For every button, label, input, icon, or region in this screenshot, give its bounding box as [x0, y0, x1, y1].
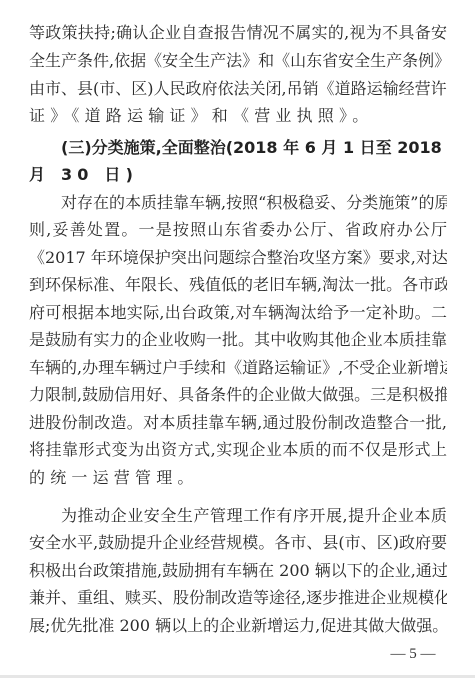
text-line: 将挂靠形式变为出资方式,实现企业本质的而不仅是形式上	[29, 438, 447, 462]
text-line: 进股份制改造。对本质挂靠车辆,通过股份制改造整合一批,	[29, 411, 447, 435]
text-line: 对存在的本质挂靠车辆,按照“积极稳妥、分类施策”的原	[61, 191, 447, 215]
page-number: — 5 —	[385, 643, 441, 665]
text-line: 是鼓励有实力的企业收购一批。其中收购其他企业本质挂靠	[29, 328, 447, 352]
text-line: 积极出台政策措施,鼓励拥有车辆在 200 辆以下的企业,通过	[29, 559, 447, 583]
text-line: 车辆的,办理车辆过户手续和《道路运输证》,不受企业新增运	[29, 356, 447, 380]
text-line: 的统一运营管理。	[29, 466, 447, 490]
text-line: 等政策扶持;确认企业自查报告情况不属实的,视为不具备安	[29, 21, 447, 45]
text-line: 府可根据本地实际,出台政策,对车辆淘汰给予一定补助。二	[29, 301, 447, 325]
text-line: 兼并、重组、赎买、股份制改造等途径,逐步推进企业规模化发	[29, 586, 447, 610]
text-line: 证》《道路运输证》和《营业执照》。	[29, 104, 447, 128]
text-line: 力限制,鼓励信用好、具备条件的企业做大做强。三是积极推	[29, 383, 447, 407]
section-heading-line: (三)分类施策,全面整治(2018 年 6 月 1 日至 2018 年 6	[61, 136, 447, 160]
text-line: 到环保标准、年限长、残值低的老旧车辆,淘汰一批。各市政	[29, 273, 447, 297]
text-line: 为推动企业安全生产管理工作有序开展,提升企业本质	[61, 504, 447, 528]
document-page: 等政策扶持;确认企业自查报告情况不属实的,视为不具备安全生产条件,依据《安全生产…	[0, 0, 475, 675]
text-line: 全生产条件,依据《安全生产法》和《山东省安全生产条例》,	[29, 49, 447, 73]
section-heading-line: 月 30 日)	[29, 163, 447, 187]
text-line: 展;优先批准 200 辆以上的企业新增运力,促进其做大做强。	[29, 614, 447, 638]
text-line: 则,妥善处置。一是按照山东省委办公厅、省政府办公厅	[29, 218, 447, 242]
text-line: 《2017 年环境保护突出问题综合整治攻坚方案》要求,对达不	[29, 246, 447, 270]
text-line: 由市、县(市、区)人民政府依法关闭,吊销《道路运输经营许可	[29, 77, 447, 101]
text-line: 安全水平,鼓励提升企业经营规模。各市、县(市、区)政府要	[29, 531, 447, 555]
